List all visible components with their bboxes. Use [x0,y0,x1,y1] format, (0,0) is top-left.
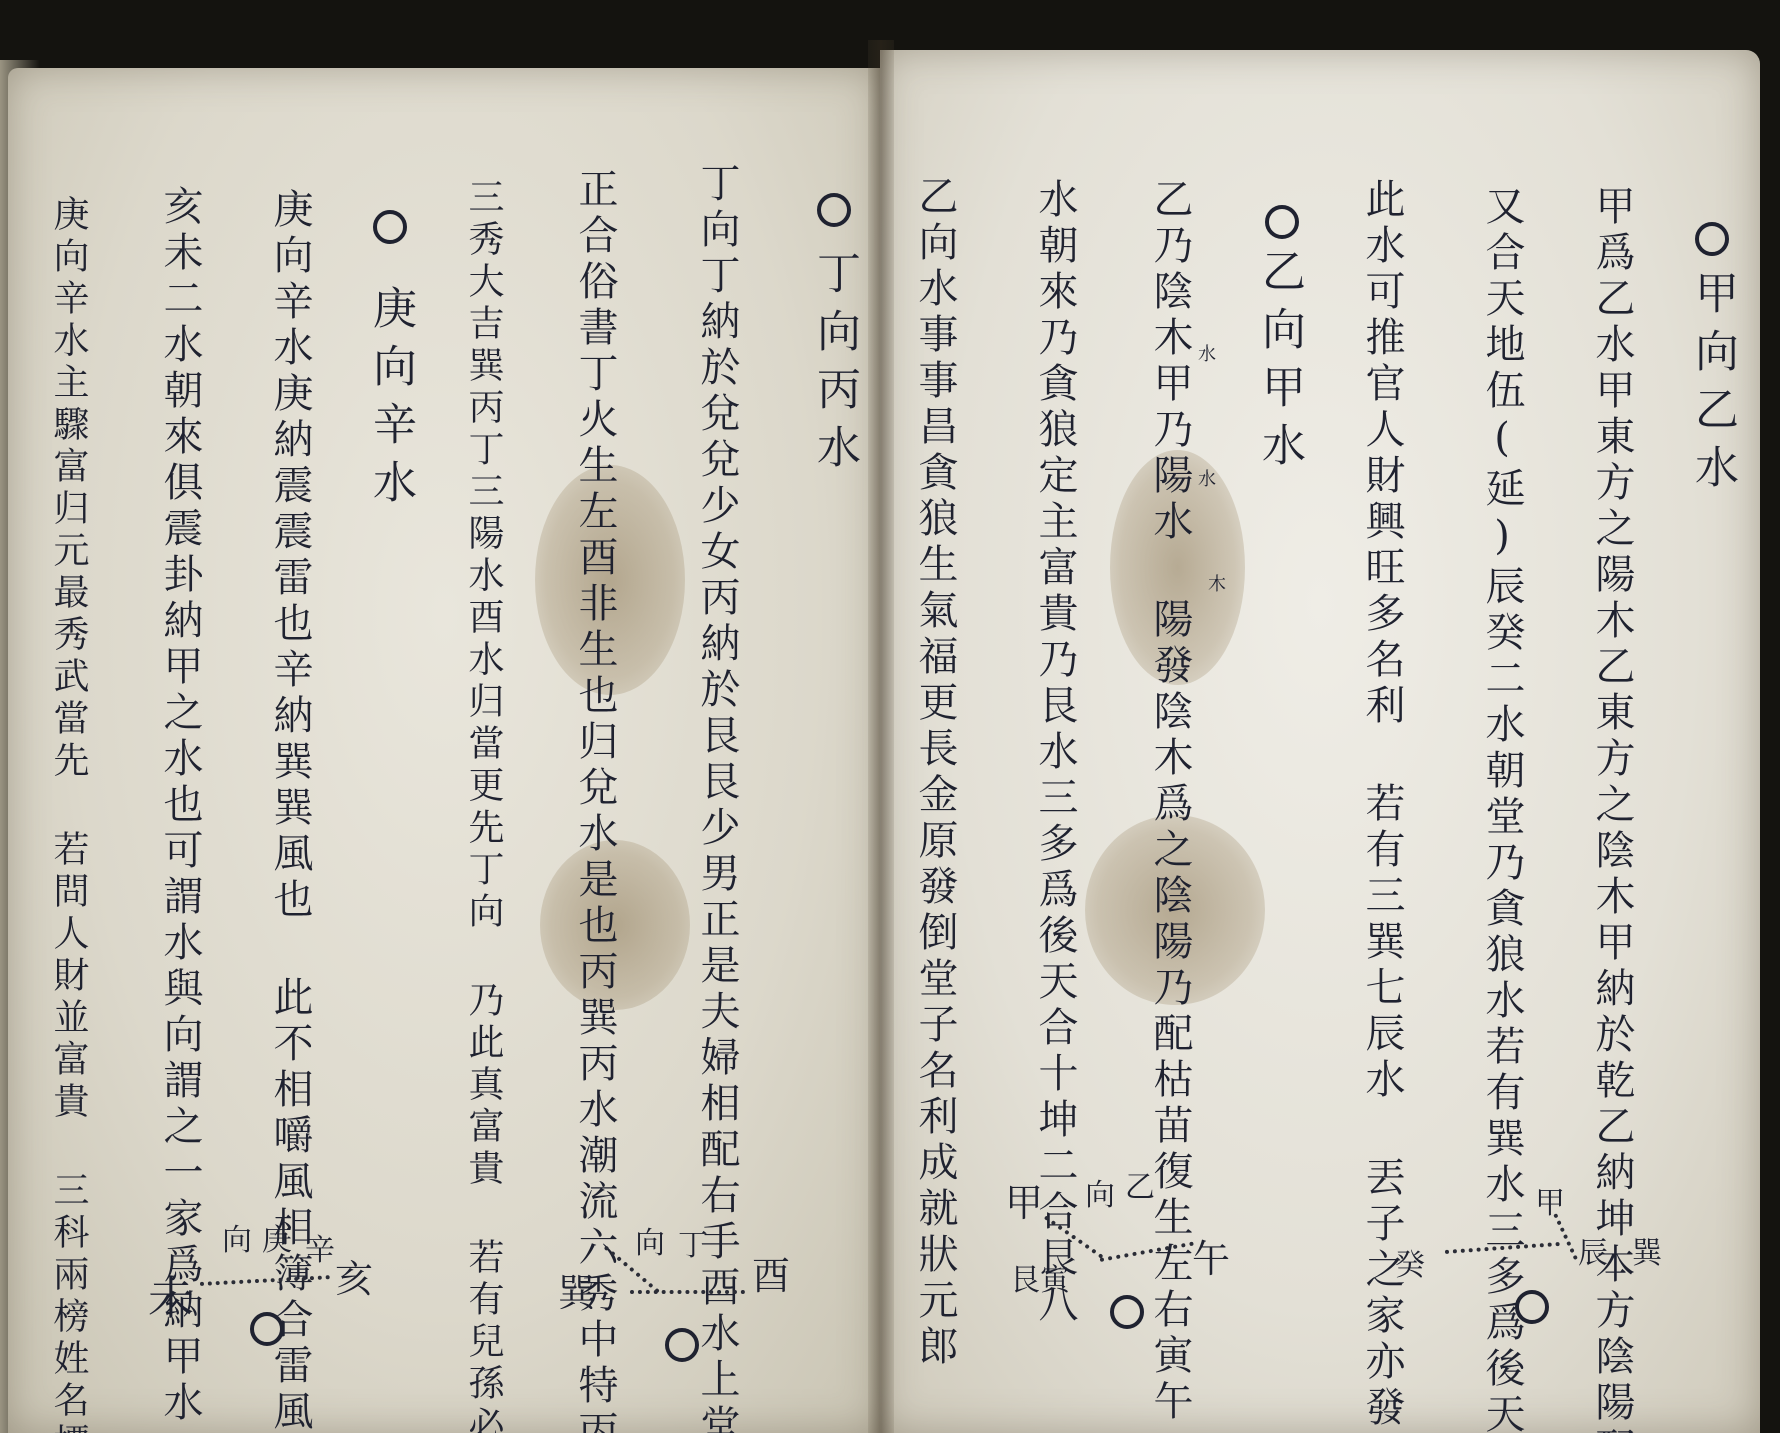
text-column: 甲爲乙水甲東方之陽木乙東方之陰木甲納於乾乙納坤本方陰陽配 [1592,185,1632,1185]
text-column: 三秀大吉巽丙丁三陽水酉水归當更先丁向 乃此真富貴 若有兒孫必受皇恩 [465,178,501,1118]
diagram-label: 巽 [1632,1228,1662,1272]
diagram-label: 乙 [1125,1162,1155,1206]
diagram-label: 向 [635,1218,665,1262]
section-circle-mark [1695,222,1729,256]
text-column: 此水可推官人財興旺多名利 若有三巽七辰水 丟子之家亦發丁 [1362,178,1402,1138]
text-column: 庚向辛水主驟富归元最秀武當先 若問人財並富貴 三科兩榜姓名標 [50,195,86,1155]
section-circle-mark [373,210,407,244]
text-column: 亥未二水朝來俱震卦納甲之水也可謂水與向謂之一家爲納甲水 [160,185,200,1185]
diagram-label: 巽 [558,1262,596,1317]
diagram-label: 辰 [1578,1228,1608,1272]
section-circle-mark [250,1312,284,1346]
manuscript-spread: 甲向乙水 甲爲乙水甲東方之陽木乙東方之陰木甲納於乾乙納坤本方陰陽配 又合天地伍(… [0,0,1780,1433]
section-heading: 丁向丙水 [812,250,856,482]
diagram-label: 甲 [1535,1178,1565,1222]
text-column: 庚向辛水庚納震震雷也辛納巽巽風也 此不相嚼風相簿合雷風鼓舞辛 [270,188,310,1268]
diagram-label: 午 [1192,1228,1230,1283]
section-heading: 甲向乙水 [1690,270,1734,502]
text-column: 乙向水事事昌貪狼生氣福更長金原發倒堂子名利成就狀元郎 [915,175,955,1305]
text-column: 丁向丁納於兌兌少女丙納於艮艮少男正是夫婦相配右手酉水上堂 [697,162,737,1282]
diagram-label: 向 [222,1215,252,1259]
diagram-label: 酉 [752,1245,790,1300]
text-column: 水朝來乃貪狼定主富貴乃艮水三多爲後天合十坤二合艮八 [1035,178,1075,1098]
text-column: 乙乃陰木甲乃陽水 陽發陰木爲之陰陽乃配枯苗復生左右寅午 [1150,178,1190,1128]
diagram-label: 庚 [262,1215,292,1259]
section-circle-mark [1265,205,1299,239]
section-heading: 乙向甲水 [1257,248,1301,480]
left-page [8,68,880,1433]
diagram-label: 向 [1085,1170,1115,1214]
book-gutter [868,40,894,1433]
text-column: 正合俗書丁火生左酉非生也归兌水是也丙巽丙水潮流六秀中特丙 [575,168,615,1238]
diagram-label: 辛 [305,1225,335,1269]
section-heading: 庚向辛水 [368,285,412,517]
margin-annotation: 木 [1208,570,1226,596]
section-circle-mark [1515,1290,1549,1324]
margin-annotation: 水 [1198,340,1216,366]
section-circle-mark [665,1328,699,1362]
margin-annotation: 水 [1198,465,1216,491]
diagram-label: 丁 [678,1220,708,1264]
text-column: 又合天地伍(延)辰癸二水朝堂乃貪狼水若有巽水三多爲後天合十甲向 [1482,185,1522,1185]
diagram-label: 未 [148,1262,194,1328]
diagram-label: 癸 [1395,1240,1425,1284]
diagram-dotted-line [630,1290,745,1294]
section-circle-mark [1110,1295,1144,1329]
diagram-label: 甲 [1005,1172,1043,1227]
section-circle-mark [817,193,851,227]
diagram-label: 艮寅 [1010,1255,1070,1299]
diagram-label: 亥 [335,1248,373,1303]
